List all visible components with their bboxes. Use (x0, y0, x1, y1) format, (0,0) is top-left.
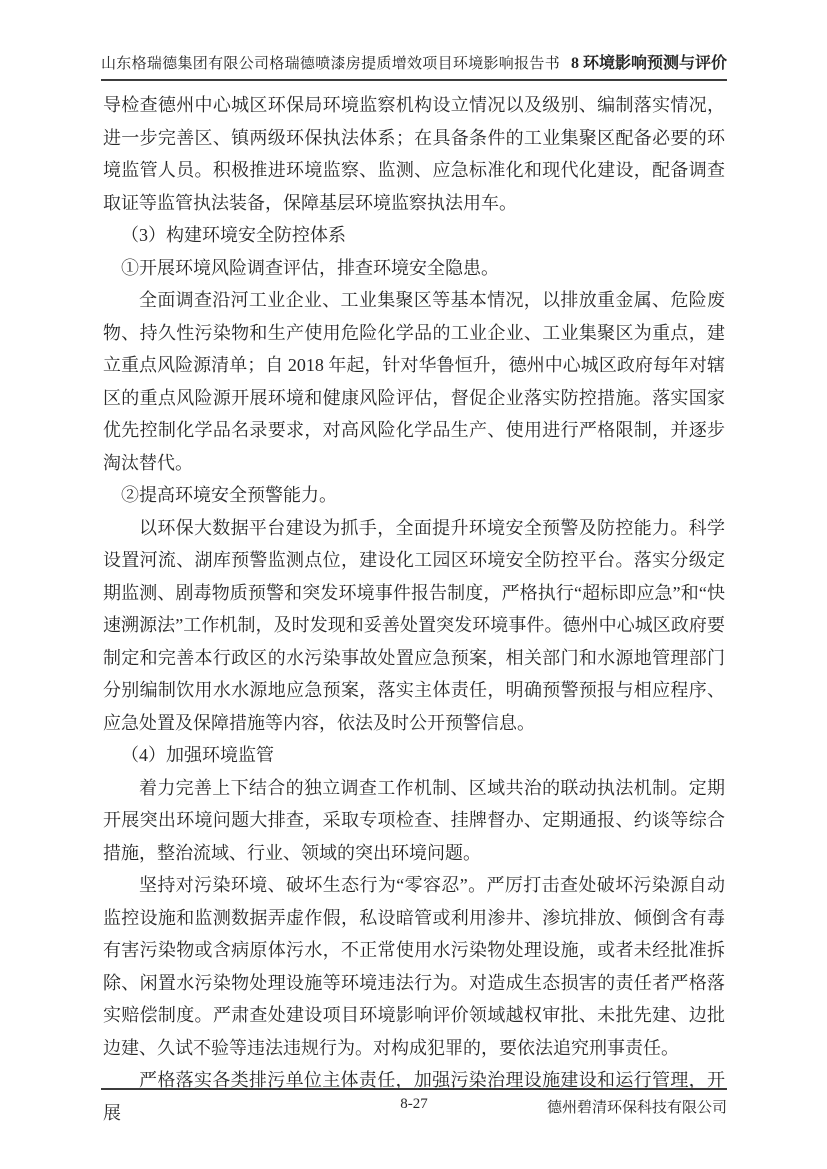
page-footer: 8-27 德州碧清环保科技有限公司 (101, 1088, 727, 1122)
document-page: 山东格瑞德集团有限公司格瑞德喷漆房提质增效项目环境影响报告书 8 环境影响预测与… (0, 0, 827, 1169)
page-header: 山东格瑞德集团有限公司格瑞德喷漆房提质增效项目环境影响报告书 8 环境影响预测与… (101, 50, 727, 81)
paragraph: （3）构建环境安全防控体系 (103, 219, 725, 252)
paragraph: ②提高环境安全预警能力。 (103, 479, 725, 512)
header-report-title: 山东格瑞德集团有限公司格瑞德喷漆房提质增效项目环境影响报告书 (101, 52, 560, 73)
paragraph: 着力完善上下结合的独立调查工作机制、区域共治的联动执法机制。定期开展突出环境问题… (103, 772, 725, 870)
paragraph: 以环保大数据平台建设为抓手，全面提升环境安全预警及防控能力。科学设置河流、湖库预… (103, 512, 725, 740)
footer-company-name: 德州碧清环保科技有限公司 (547, 1096, 727, 1117)
paragraph: （4）加强环境监管 (103, 739, 725, 772)
paragraph: 导检查德州中心城区环保局环境监察机构设立情况以及级别、编制落实情况，进一步完善区… (103, 89, 725, 219)
paragraph: 坚持对污染环境、破坏生态行为“零容忍”。严厉打击查处破坏污染源自动监控设施和监测… (103, 869, 725, 1064)
paragraph: 全面调查沿河工业企业、工业集聚区等基本情况，以排放重金属、危险废物、持久性污染物… (103, 284, 725, 479)
paragraph: ①开展环境风险调查评估，排查环境安全隐患。 (103, 252, 725, 285)
document-body: 导检查德州中心城区环保局环境监察机构设立情况以及级别、编制落实情况，进一步完善区… (103, 89, 725, 1129)
header-chapter-title: 8 环境影响预测与评价 (571, 50, 727, 73)
